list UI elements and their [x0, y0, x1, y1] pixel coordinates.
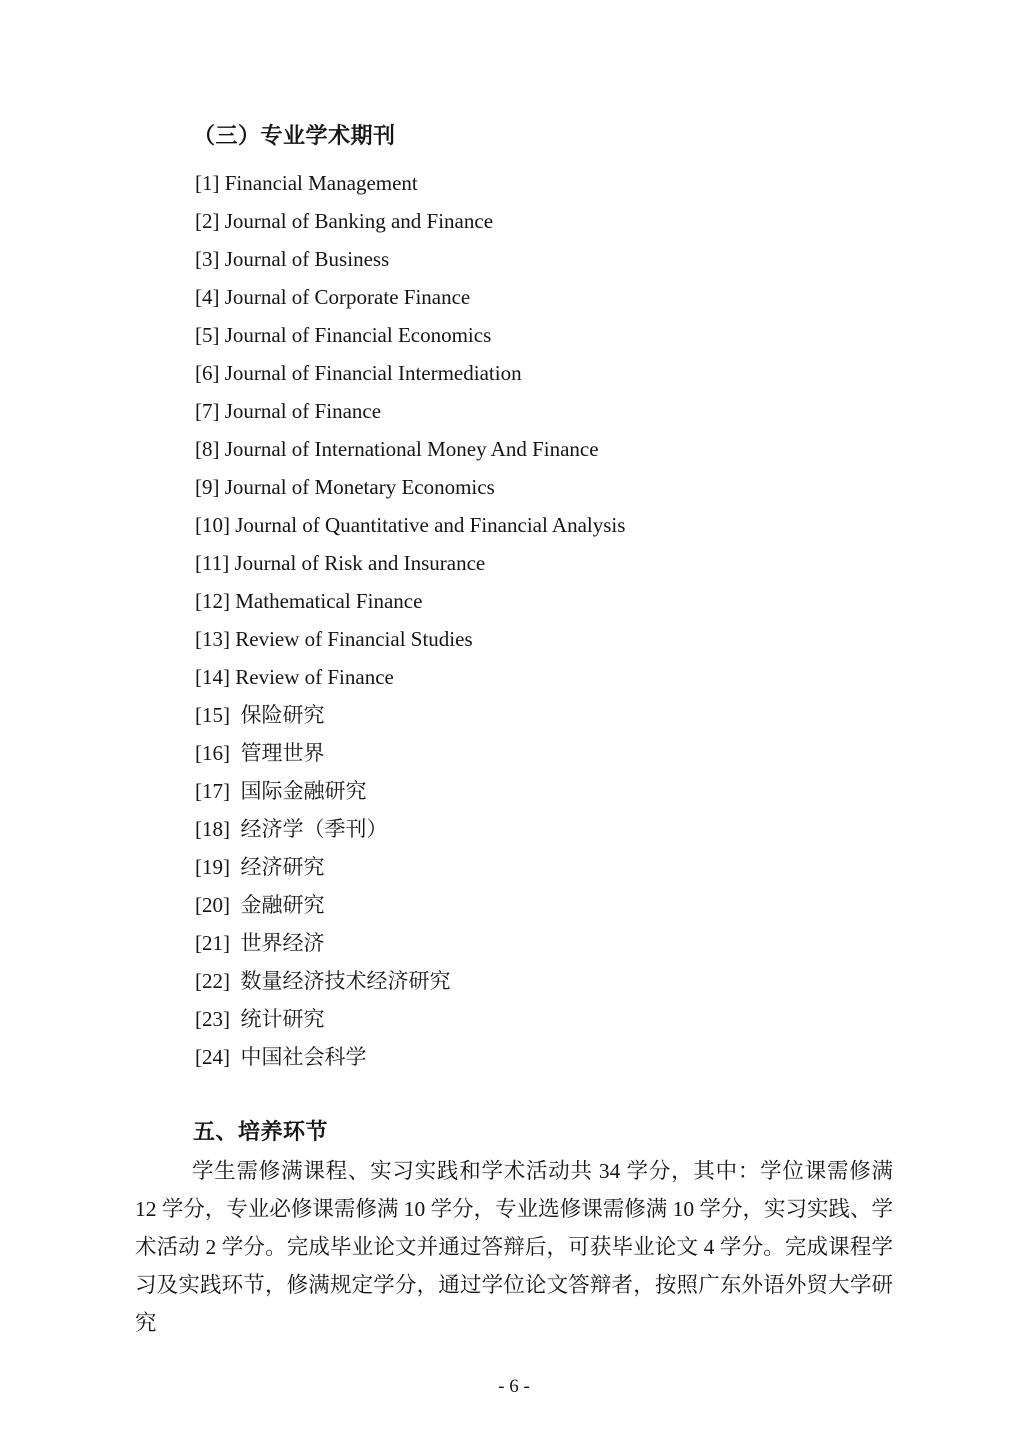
section-journals-heading: （三）专业学术期刊 [135, 116, 893, 156]
journal-item-9: [9] Journal of Monetary Economics [135, 468, 893, 506]
document-page: （三）专业学术期刊 [1] Financial Management [2] J… [0, 0, 1024, 1448]
journal-item-3: [3] Journal of Business [135, 240, 893, 278]
journal-item-22: [22] 数量经济技术经济研究 [135, 962, 893, 1000]
journal-item-8: [8] Journal of International Money And F… [135, 430, 893, 468]
journal-item-2: [2] Journal of Banking and Finance [135, 202, 893, 240]
journal-item-12: [12] Mathematical Finance [135, 582, 893, 620]
journal-item-21: [21] 世界经济 [135, 924, 893, 962]
journal-item-19: [19] 经济研究 [135, 848, 893, 886]
journal-item-23: [23] 统计研究 [135, 1000, 893, 1038]
journal-list: [1] Financial Management [2] Journal of … [135, 164, 893, 1076]
page-number: - 6 - [135, 1376, 893, 1398]
journal-item-1: [1] Financial Management [135, 164, 893, 202]
journal-item-14: [14] Review of Finance [135, 658, 893, 696]
training-paragraph: 学生需修满课程、实习实践和学术活动共 34 学分，其中：学位课需修满 12 学分… [135, 1152, 893, 1342]
journal-item-16: [16] 管理世界 [135, 734, 893, 772]
journal-item-4: [4] Journal of Corporate Finance [135, 278, 893, 316]
journal-item-24: [24] 中国社会科学 [135, 1038, 893, 1076]
journal-item-13: [13] Review of Financial Studies [135, 620, 893, 658]
journal-item-18: [18] 经济学（季刊） [135, 810, 893, 848]
journal-item-15: [15] 保险研究 [135, 696, 893, 734]
journal-item-7: [7] Journal of Finance [135, 392, 893, 430]
journal-item-6: [6] Journal of Financial Intermediation [135, 354, 893, 392]
journal-item-11: [11] Journal of Risk and Insurance [135, 544, 893, 582]
journal-item-5: [5] Journal of Financial Economics [135, 316, 893, 354]
journal-item-20: [20] 金融研究 [135, 886, 893, 924]
journal-item-10: [10] Journal of Quantitative and Financi… [135, 506, 893, 544]
section-training-heading: 五、培养环节 [135, 1112, 893, 1152]
journal-item-17: [17] 国际金融研究 [135, 772, 893, 810]
